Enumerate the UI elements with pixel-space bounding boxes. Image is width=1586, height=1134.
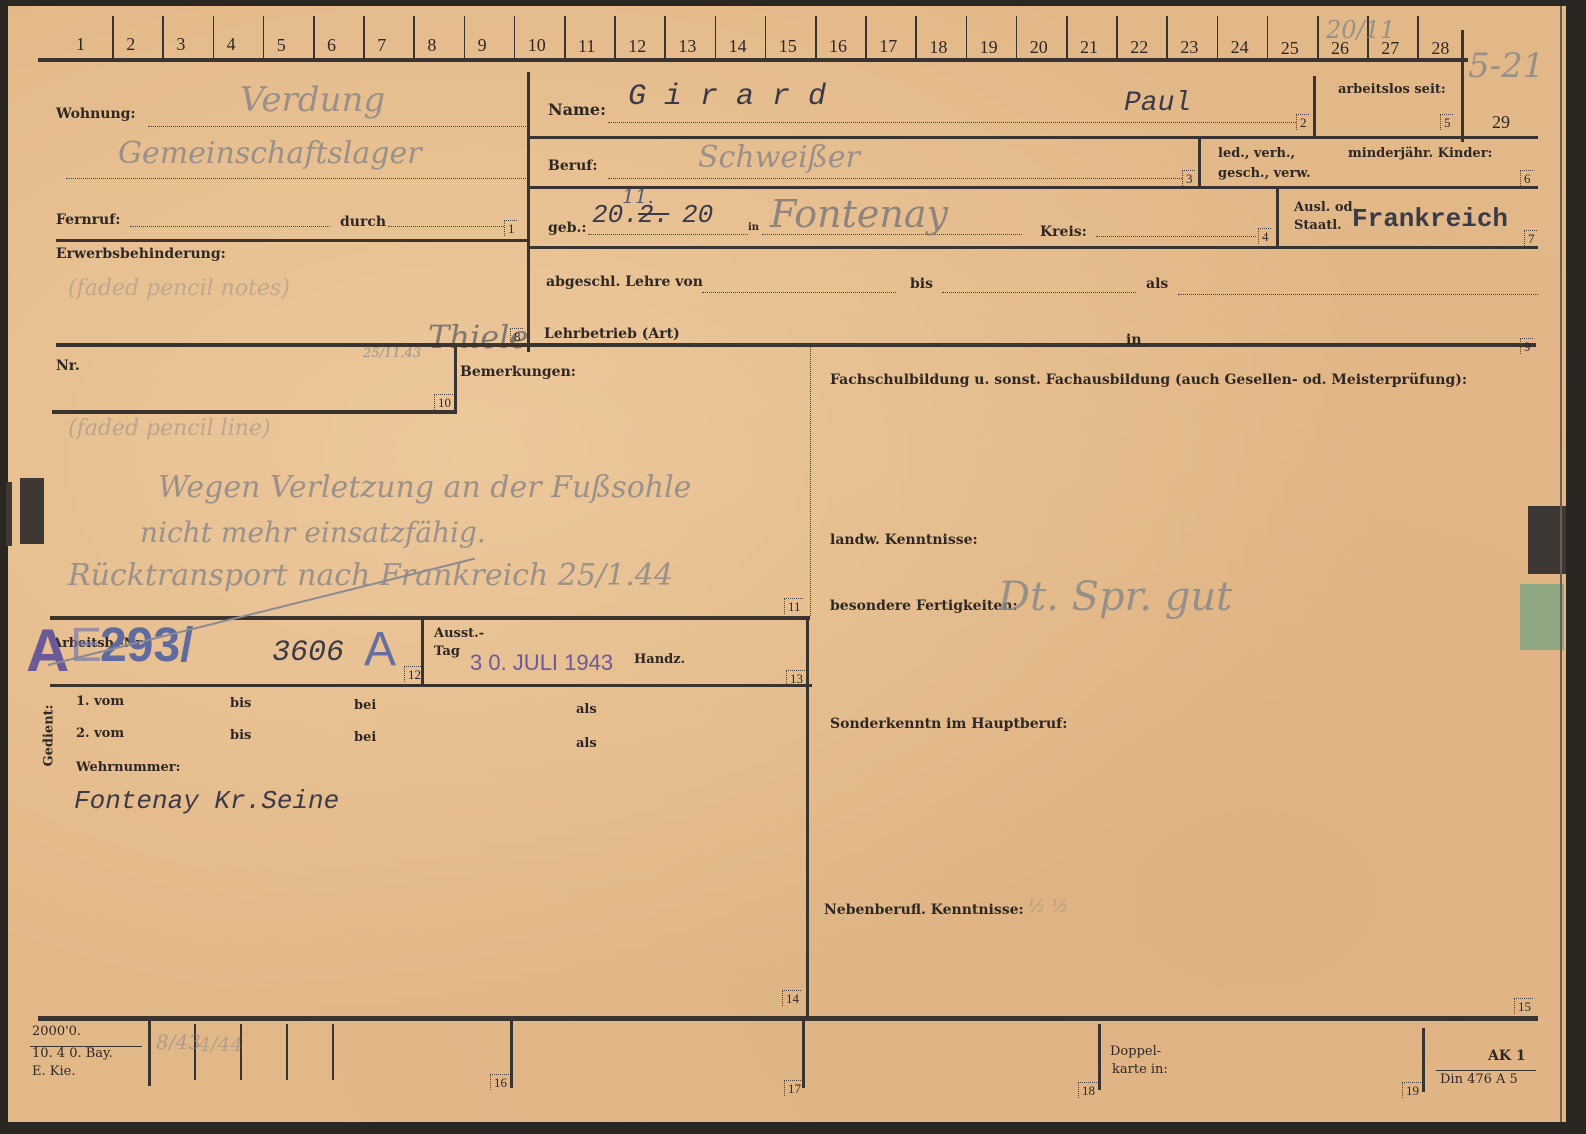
column-number: 16 — [829, 36, 847, 57]
column-divider — [1016, 16, 1018, 60]
column-divider — [313, 16, 315, 60]
nr-bottom-rule — [52, 410, 456, 414]
arbeitsb-typed-number: 3606 — [272, 636, 344, 670]
fertigkeiten-value: Dt. Spr. gut — [998, 574, 1232, 620]
geb-rule — [528, 246, 1538, 249]
column-number: 2 — [126, 34, 135, 55]
label-als-1: als — [576, 702, 597, 717]
field-number-6: 6 — [1520, 170, 1533, 186]
bottom-cell-divider-f — [510, 1020, 513, 1088]
column-divider — [614, 16, 616, 60]
label-lehre-als: als — [1146, 276, 1168, 292]
label-fernruf: Fernruf: — [56, 212, 120, 228]
column-divider — [1217, 16, 1219, 60]
bemerkungen-line-3: nicht mehr einsatzfähig. — [140, 516, 486, 549]
left-edge-marker — [20, 478, 44, 544]
column-divider — [112, 16, 114, 60]
column-divider — [715, 16, 717, 60]
beruf-line — [608, 178, 1182, 179]
wohnung-value-1: Verdung — [240, 80, 385, 120]
label-vom-2: 2. vom — [76, 726, 124, 741]
label-familienstand-1: led., verh., — [1218, 146, 1295, 161]
arbeitsb-stamp-prefix: E — [70, 618, 102, 673]
label-beruf: Beruf: — [548, 158, 598, 174]
field-number-11: 11 — [784, 598, 803, 614]
column-divider — [865, 16, 867, 60]
erwerbsbehinderung-notes: (faded pencil notes) — [68, 276, 290, 301]
form-id-divider — [1436, 1070, 1536, 1071]
label-bis-1: bis — [230, 696, 251, 711]
label-kinder: minderjähr. Kinder: — [1348, 146, 1492, 161]
column-divider — [413, 16, 415, 60]
field-number-16: 16 — [490, 1074, 509, 1090]
bottom-cell-divider-h — [1098, 1024, 1101, 1090]
field-number-2: 2 — [1296, 114, 1309, 130]
column-number: 17 — [879, 36, 897, 57]
field-number-17: 17 — [784, 1080, 803, 1096]
label-handz: Handz. — [634, 652, 685, 667]
label-als-2: als — [576, 736, 597, 751]
wohnung-line-1 — [148, 126, 526, 127]
nebenberufl-value: ½ ½ — [1028, 896, 1069, 917]
column-number: 15 — [779, 36, 797, 57]
bottom-cell-divider-a — [148, 1016, 151, 1086]
column-divider — [263, 16, 265, 60]
lehrbetrieb-line — [694, 344, 1114, 345]
familienstand-divider — [1198, 138, 1201, 188]
fernruf-line — [130, 226, 330, 227]
column-29-label: 29 — [1492, 112, 1510, 133]
form-id-1: AK 1 — [1488, 1048, 1526, 1064]
nr-right-divider — [454, 346, 457, 414]
column-divider — [1417, 16, 1419, 60]
column-divider — [915, 16, 917, 60]
label-landw-kenntnisse: landw. Kenntnisse: — [830, 532, 978, 548]
top-right-pencil-note: 5-21 — [1468, 46, 1544, 86]
column-number: 7 — [377, 35, 386, 56]
label-vom-1: 1. vom — [76, 694, 124, 709]
col29-divider — [1461, 30, 1464, 142]
label-sonderkenntnisse: Sonderkenntn im Hauptberuf: — [830, 716, 1067, 732]
field-number-3: 3 — [1182, 170, 1195, 186]
label-familienstand-2: gesch., verw. — [1218, 166, 1311, 181]
column-divider — [664, 16, 666, 60]
label-wehrnummer: Wehrnummer: — [76, 760, 180, 775]
field-number-19: 19 — [1402, 1082, 1421, 1098]
column-number: 8 — [427, 35, 436, 56]
name-last-value: G i r a r d — [628, 80, 826, 114]
bottom-cell-value-1: 8/43 — [156, 1030, 201, 1054]
bottom-strip-top-rule — [38, 1016, 1538, 1021]
fernruf-rule — [56, 239, 528, 242]
wohnung-line-2 — [66, 178, 526, 179]
label-fachschulbildung: Fachschulbildung u. sonst. Fachausbildun… — [830, 372, 1467, 388]
print-code-2: 10. 4 0. Bay. — [32, 1046, 113, 1061]
column-number: 3 — [176, 34, 185, 55]
label-besondere-fertigkeiten: besondere Fertigkeiten: — [830, 598, 1018, 614]
column-number: 28 — [1431, 38, 1449, 59]
label-name: Name: — [548, 100, 606, 119]
bottom-cell-divider-i — [1422, 1028, 1425, 1092]
column-number: 24 — [1231, 37, 1249, 58]
column-number: 22 — [1130, 37, 1148, 58]
bottom-cell-value-2: 4/44 — [198, 1032, 243, 1056]
arbeitsb-pencil-letter: A — [364, 622, 396, 677]
arbeitsb-divider — [421, 620, 424, 686]
column-number: 11 — [578, 36, 595, 57]
column-number: 18 — [929, 37, 947, 58]
name-first-value: Paul — [1124, 88, 1191, 119]
column-divider — [464, 16, 466, 60]
field-number-15: 15 — [1514, 998, 1533, 1014]
label-geb-in: in — [748, 222, 759, 233]
field-number-10: 10 — [434, 394, 453, 410]
column-number: 13 — [678, 36, 696, 57]
label-durch: durch — [340, 214, 386, 230]
column-number: 14 — [729, 36, 747, 57]
bemerkungen-line-2: Wegen Verletzung an der Fußsohle — [158, 470, 691, 505]
left-edge-marker-small — [6, 482, 12, 546]
form-id-2: Din 476 A 5 — [1440, 1072, 1518, 1087]
label-erwerbsbehinderung: Erwerbsbehinderung: — [56, 246, 226, 262]
label-bei-2: bei — [354, 730, 376, 745]
column-number: 1 — [76, 34, 85, 55]
print-code-3: E. Kie. — [32, 1064, 75, 1079]
erwerbs-date: 25/11.43 — [363, 346, 421, 361]
ruler-bottom-line — [38, 58, 1468, 62]
bemerkungen-line-1: (faded pencil line) — [68, 416, 271, 441]
label-lehrbetrieb: Lehrbetrieb (Art) — [544, 326, 680, 342]
column-divider — [162, 16, 164, 60]
arbeitslos-divider — [1313, 76, 1316, 138]
column-number: 21 — [1080, 37, 1098, 58]
column-divider — [1267, 16, 1269, 60]
bottom-cell-divider-e — [332, 1024, 334, 1080]
name-rule — [528, 136, 1538, 139]
geb-line — [588, 234, 748, 235]
arbeitsb-stamp-number: 293/ — [100, 618, 193, 673]
card-right-edge-line — [1560, 6, 1562, 1122]
bemerkungen-right-dotted — [810, 346, 811, 616]
label-gedient: Gedient: — [41, 705, 56, 767]
column-divider — [363, 16, 365, 60]
kreis-line — [1096, 236, 1256, 237]
print-code-1: 2000'0. — [32, 1024, 81, 1039]
label-doppelkarte-2: karte in: — [1112, 1062, 1168, 1077]
beruf-rule — [528, 186, 1538, 189]
lehre-bis-line — [942, 292, 1136, 293]
column-divider — [1317, 16, 1319, 60]
field-number-5: 5 — [1440, 114, 1453, 130]
column-number: 25 — [1281, 38, 1299, 59]
column-divider — [815, 16, 817, 60]
left-lower-right-border — [806, 620, 809, 1016]
label-nr: Nr. — [56, 358, 80, 374]
bottom-cell-divider-g — [802, 1016, 805, 1088]
column-number: 23 — [1180, 37, 1198, 58]
col26-pencil-note: 20/11 — [1326, 16, 1395, 44]
geb-place-value: Fontenay — [770, 192, 948, 236]
label-kreis: Kreis: — [1040, 224, 1087, 240]
arbeitsb-bottom-rule — [50, 684, 812, 687]
field-number-1: 1 — [504, 220, 517, 236]
beruf-value: Schweißer — [698, 140, 860, 175]
column-number: 20 — [1030, 37, 1048, 58]
field-number-8: 8 — [510, 328, 523, 344]
column-number: 12 — [628, 36, 646, 57]
field-number-14: 14 — [782, 990, 801, 1006]
column-number: 5 — [277, 35, 286, 56]
label-ausl-od: Ausl. od. — [1294, 200, 1357, 215]
field-number-4: 4 — [1258, 228, 1271, 244]
column-number: 6 — [327, 35, 336, 56]
green-stamp-mark — [1520, 584, 1564, 650]
label-staatl: Staatl. — [1294, 218, 1342, 233]
field-number-9: 9 — [1520, 338, 1533, 354]
column-number: 19 — [980, 37, 998, 58]
label-ausst: Ausst.- — [434, 626, 484, 641]
label-nebenberufl-kenntnisse: Nebenberufl. Kenntnisse: — [824, 902, 1024, 918]
name-line — [608, 122, 1296, 123]
lehre-als-line — [1178, 294, 1538, 295]
column-divider — [1066, 16, 1068, 60]
label-bis-2: bis — [230, 728, 251, 743]
column-number: 9 — [478, 35, 487, 56]
arbeitsb-stamp-letter: A — [26, 616, 69, 685]
left-upper-divider — [527, 72, 530, 352]
wehrnummer-value: Fontenay Kr.Seine — [74, 786, 339, 816]
label-lehre-von: abgeschl. Lehre von — [546, 274, 703, 290]
lehre-von-line — [702, 292, 896, 293]
column-number: 4 — [227, 34, 236, 55]
bemerkungen-line-4: Rücktransport nach Frankreich 25/1.44 — [68, 558, 673, 593]
label-bei-1: bei — [354, 698, 376, 713]
staat-divider — [1276, 188, 1279, 246]
label-tag: Tag — [434, 644, 460, 659]
column-divider — [1116, 16, 1118, 60]
label-bemerkungen: Bemerkungen: — [460, 364, 576, 380]
wohnung-value-2: Gemeinschaftslager — [118, 136, 422, 171]
column-divider — [564, 16, 566, 60]
label-arbeitslos-seit: arbeitslos seit: — [1338, 82, 1446, 97]
durch-line — [388, 226, 504, 227]
staatsangehoerigkeit-value: Frankreich — [1352, 204, 1508, 234]
label-lehrbetrieb-in: in — [1126, 332, 1142, 348]
label-geb: geb.: — [548, 220, 587, 236]
geb-year: 20 — [682, 200, 713, 230]
column-divider — [514, 16, 516, 60]
label-wohnung: Wohnung: — [56, 106, 136, 122]
label-lehre-bis: bis — [910, 276, 933, 292]
column-divider — [213, 16, 215, 60]
lehrbetrieb-in-line — [1148, 346, 1518, 347]
bottom-cell-divider-d — [286, 1024, 288, 1080]
column-number: 10 — [528, 35, 546, 56]
column-divider — [966, 16, 968, 60]
column-divider — [1166, 16, 1168, 60]
registration-card: 1234567891011121314151617181920212223242… — [8, 6, 1566, 1122]
field-number-7: 7 — [1524, 230, 1537, 246]
label-doppelkarte-1: Doppel- — [1110, 1044, 1161, 1059]
column-divider — [765, 16, 767, 60]
ausst-date-stamp: 3 0. JULI 1943 — [470, 650, 613, 676]
field-number-18: 18 — [1078, 1082, 1097, 1098]
geb-month-corrected: 11. — [622, 184, 654, 208]
